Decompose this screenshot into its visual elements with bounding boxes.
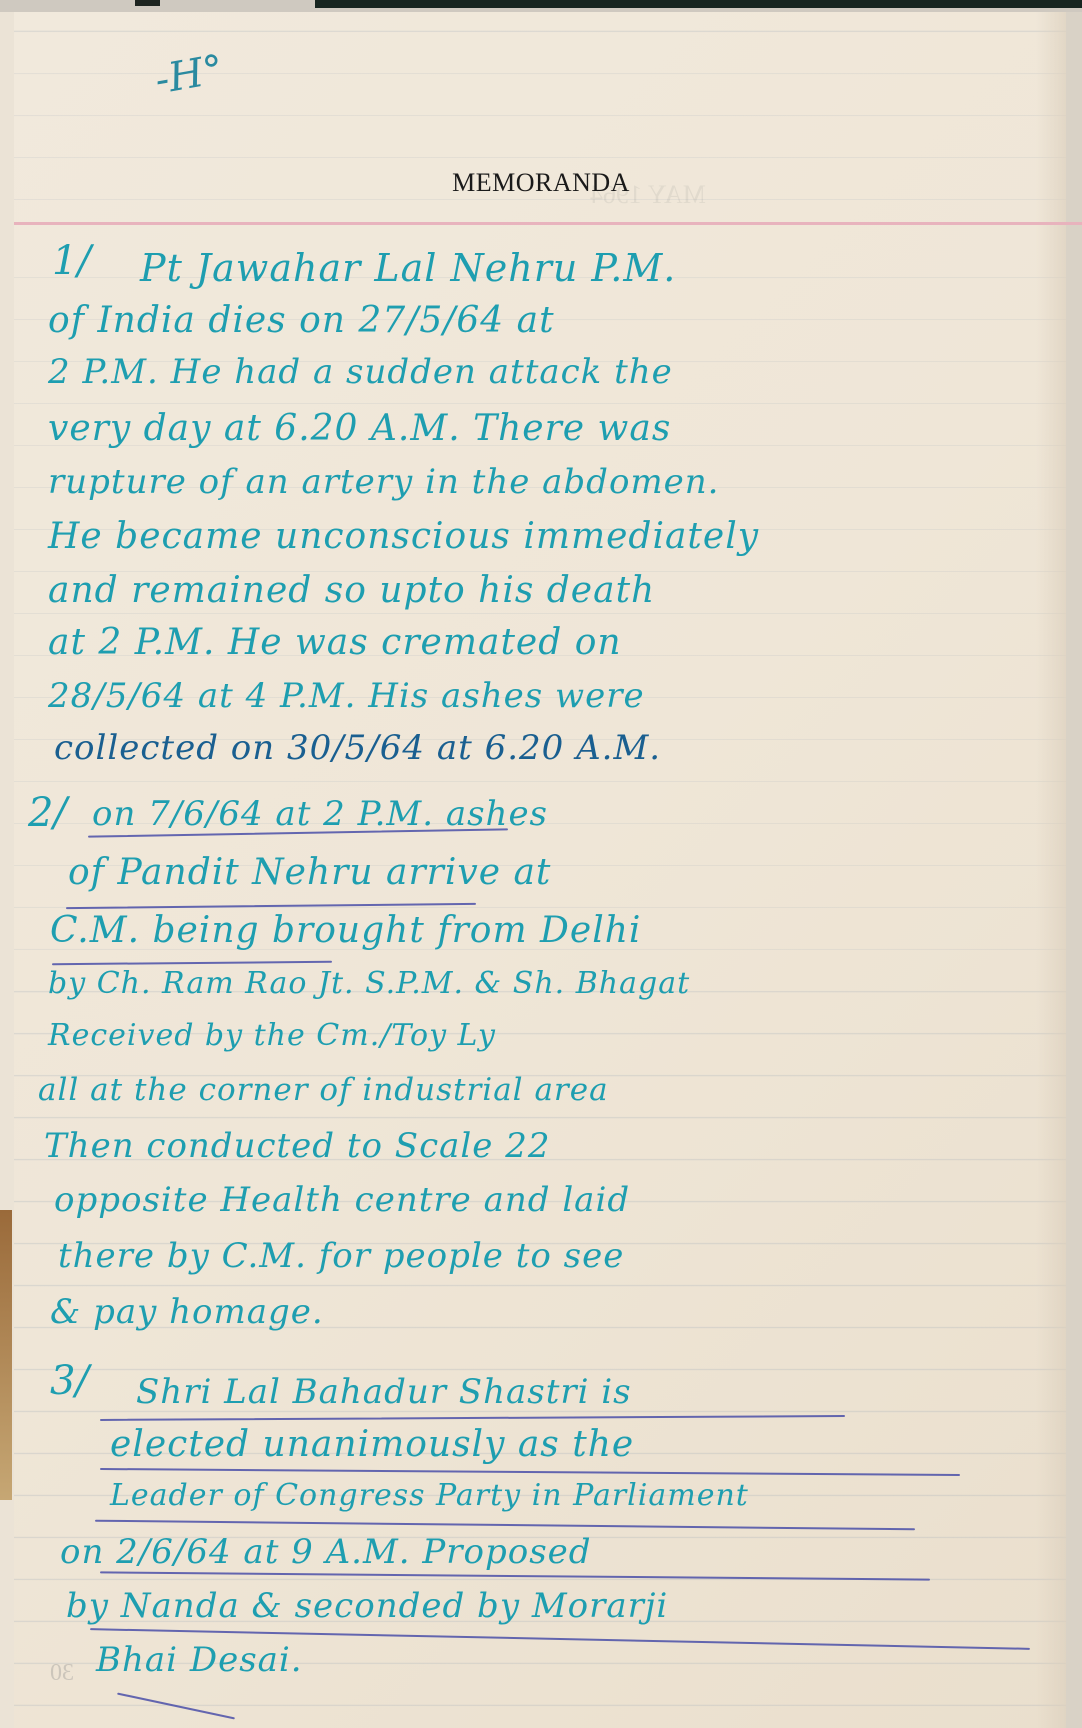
entry-line: 28/5/64 at 4 P.M. His ashes were [48,676,645,716]
scan-background-strip [0,0,1082,12]
scan-edge-dark [315,0,1082,8]
scan-edge-dark [135,0,160,6]
header-rule-line [14,222,1082,225]
page-title: MEMORANDA [0,168,1082,198]
entry-line: C.M. being brought from Delhi [50,910,641,951]
page-curl-shadow [1036,12,1066,1728]
entry-number: 2/ [28,790,67,836]
entry-line: Then conducted to Scale 22 [44,1126,550,1166]
entry-line: 2 P.M. He had a sudden attack the [48,352,673,392]
entry-line: opposite Health centre and laid [54,1180,630,1220]
entry-line: Received by the Cm./Toy Ly [48,1018,496,1053]
entry-line: on 2/6/64 at 9 A.M. Proposed [60,1532,592,1572]
entry-line: collected on 30/5/64 at 6.20 A.M. [54,728,661,768]
entry-line: there by C.M. for people to see [58,1236,624,1276]
entry-line: & pay homage. [50,1292,324,1332]
bleed-through-page-number: 30 [50,1660,74,1687]
entry-line: elected unanimously as the [110,1424,634,1465]
entry-line: of Pandit Nehru arrive at [68,852,551,893]
entry-line: Pt Jawahar Lal Nehru P.M. [140,246,676,290]
entry-line: Shri Lal Bahadur Shastri is [136,1372,632,1412]
entry-line: all at the corner of industrial area [38,1072,609,1108]
entry-line: very day at 6.20 A.M. There was [48,408,671,449]
entry-line: Leader of Congress Party in Parliament [110,1478,749,1513]
entry-number: 3/ [50,1358,89,1404]
entry-line: rupture of an artery in the abdomen. [48,462,719,502]
entry-line: at 2 P.M. He was cremated on [48,622,622,663]
entry-line: of India dies on 27/5/64 at [48,300,555,341]
entry-line: by Nanda & seconded by Morarji [66,1586,668,1626]
book-cover-edge [0,1210,12,1500]
entry-line: by Ch. Ram Rao Jt. S.P.M. & Sh. Bhagat [48,966,690,1001]
entry-line: He became unconscious immediately [48,516,759,557]
entry-line: and remained so upto his death [48,570,655,611]
entry-line: Bhai Desai. [96,1640,303,1680]
entry-number: 1/ [52,238,91,284]
